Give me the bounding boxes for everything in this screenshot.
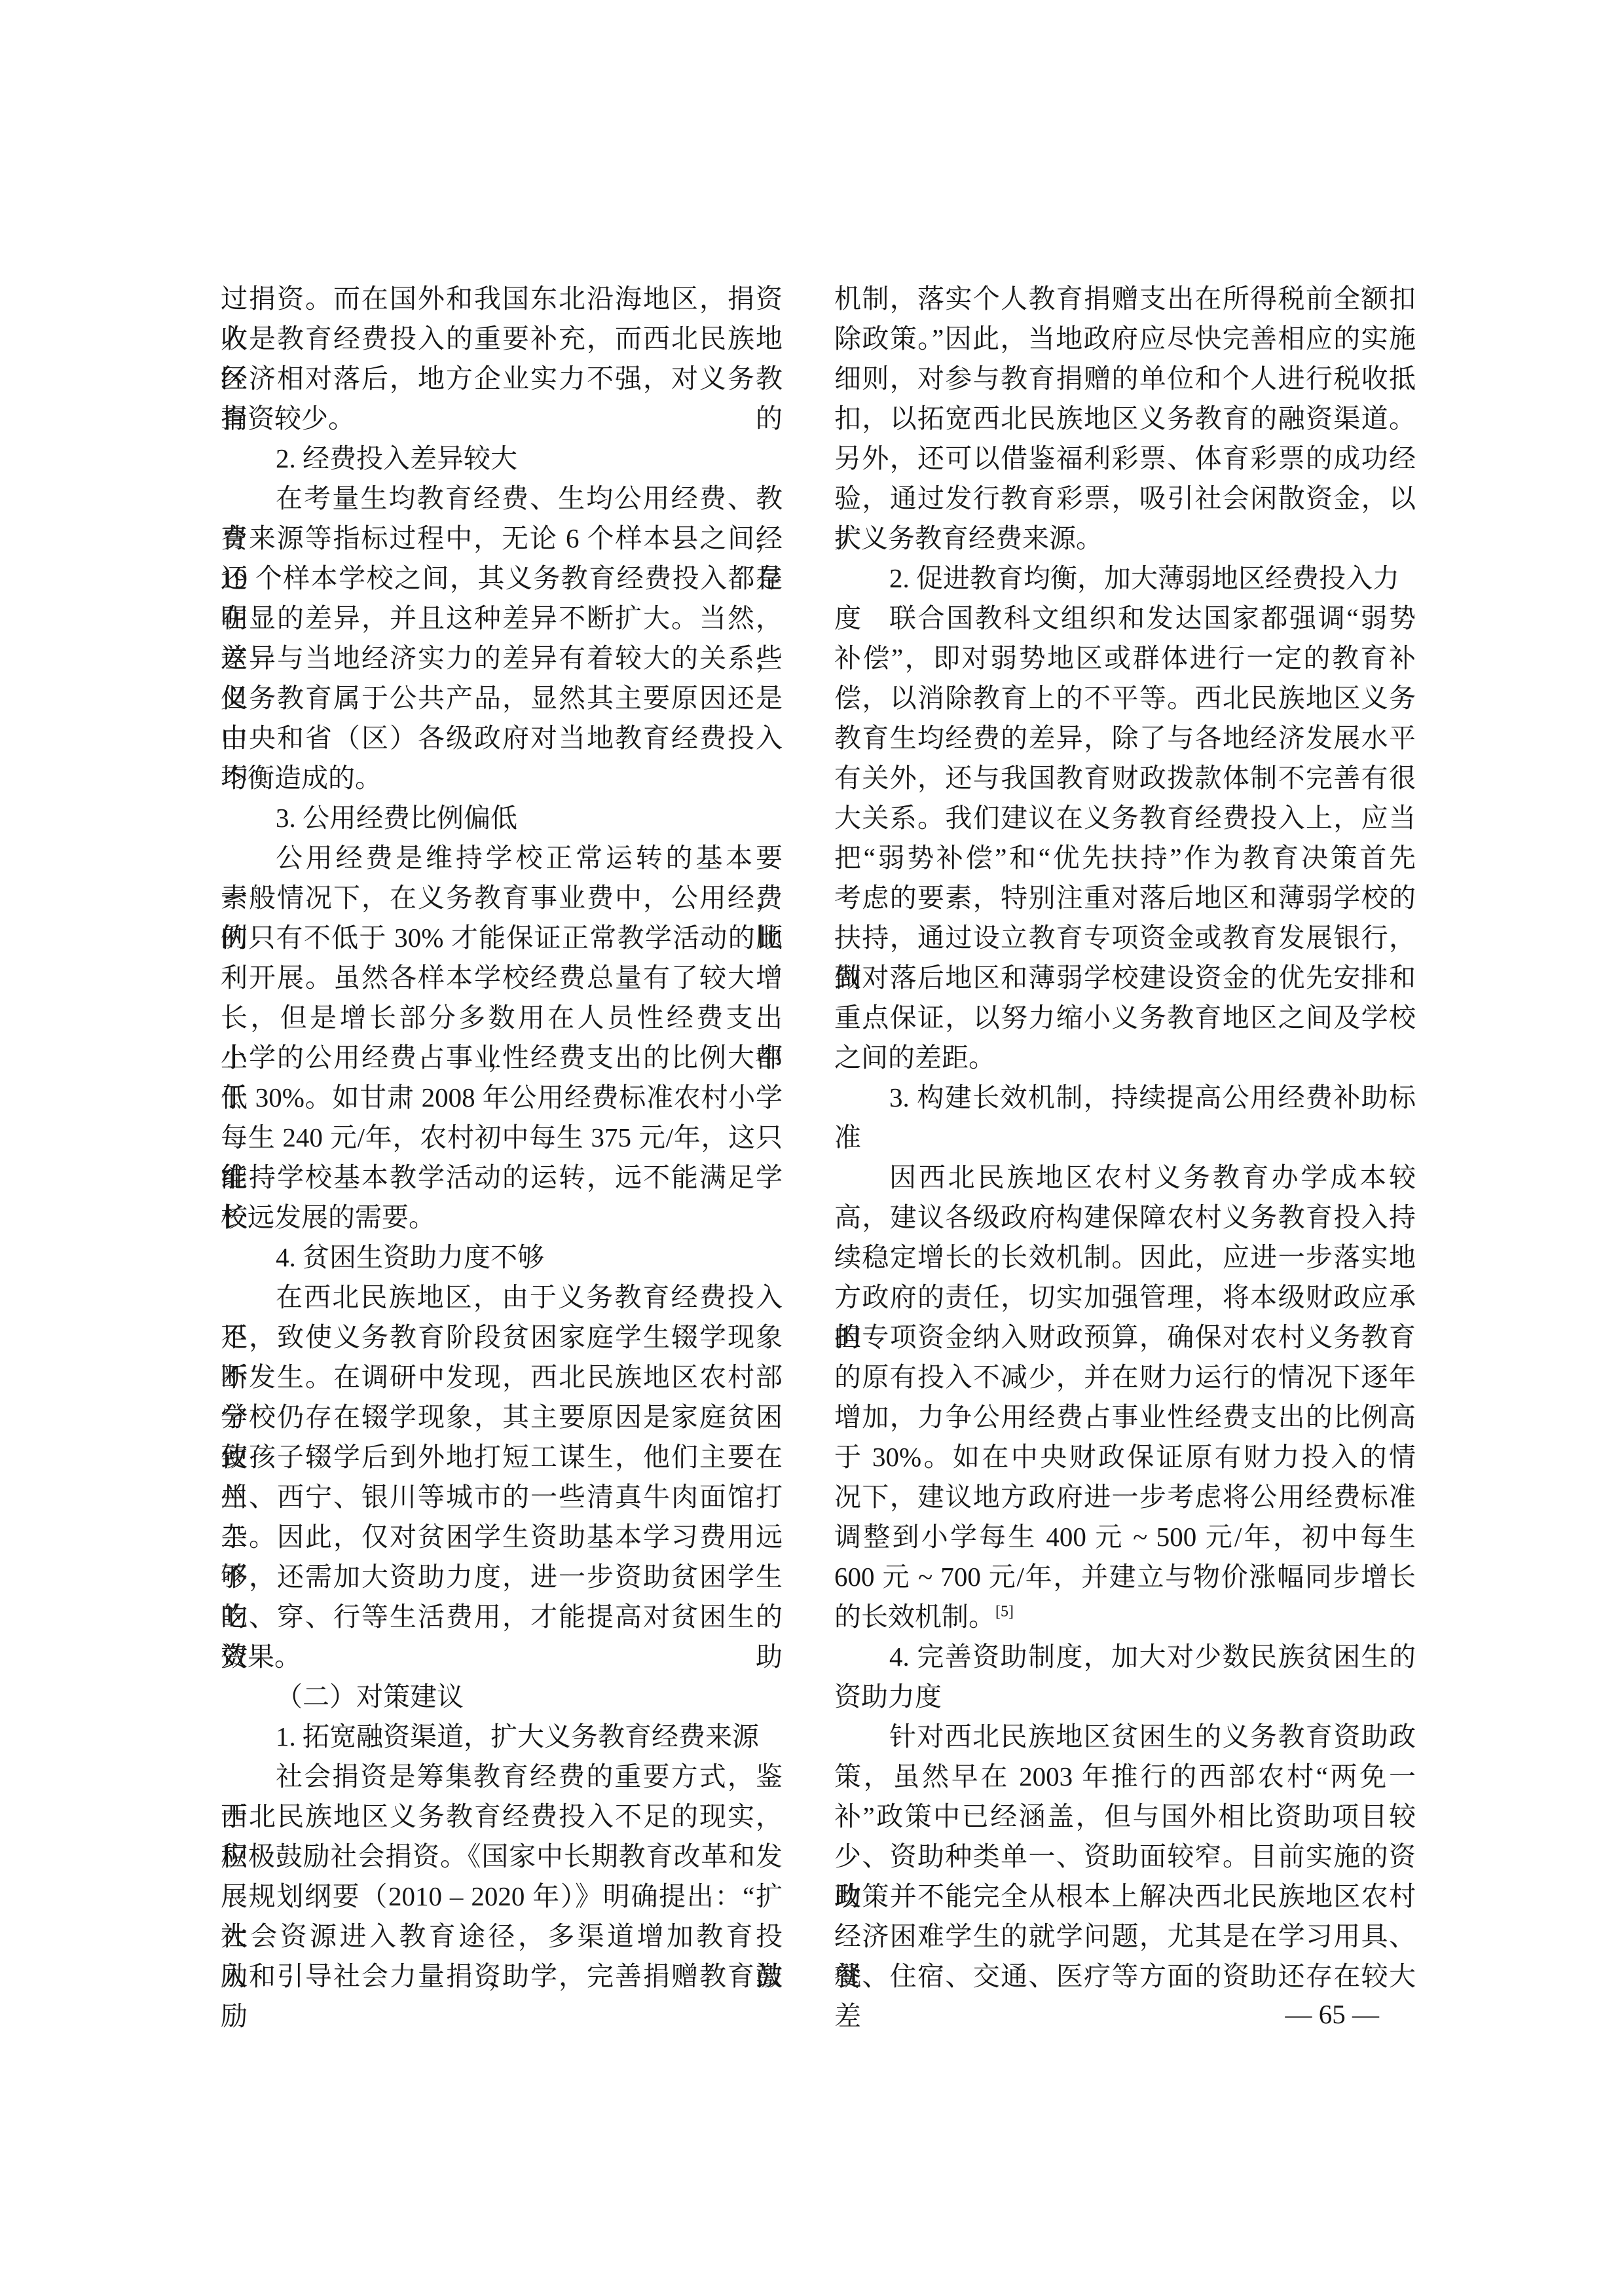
text-line: 社会捐资是筹集教育经费的重要方式，鉴于 — [221, 1757, 783, 1797]
text-line: 考虑的要素，特别注重对落后地区和薄弱学校的 — [834, 878, 1416, 918]
text-line: 少、资助种类单一、资助面较窄。目前实施的资助 — [834, 1837, 1416, 1877]
text-line: 况下，建议地方政府进一步考虑将公用经费标准 — [834, 1477, 1416, 1517]
text-line: 大关系。我们建议在义务教育经费投入上，应当 — [834, 798, 1416, 838]
text-line: 因西北民族地区农村义务教育办学成本较 — [834, 1158, 1416, 1198]
text-line: 足，致使义务教育阶段贫困家庭学生辍学现象不 — [221, 1317, 783, 1357]
text-line: 续稳定增长的长效机制。因此，应进一步落实地 — [834, 1238, 1416, 1277]
footnote-reference: [5] — [995, 1603, 1014, 1620]
text-line: 长远发展的需要。 — [221, 1198, 783, 1238]
text-line: 均衡造成的。 — [221, 758, 783, 798]
heading-line: 3. 构建长效机制，持续提高公用经费补助标 — [834, 1078, 1416, 1118]
text-line: 经济相对落后，地方企业实力不强，对义务教育的 — [221, 359, 783, 399]
text-line: 教育生均经费的差异，除了与各地经济发展水平 — [834, 718, 1416, 758]
right-column: 机制，落实个人教育捐赠支出在所得税前全额扣除政策。”因此，当地政府应尽快完善相应… — [834, 279, 1416, 1996]
heading-line: 4. 完善资助制度，加大对少数民族贫困生的 — [834, 1637, 1416, 1677]
heading-line: 准 — [834, 1118, 1416, 1158]
text-line: 扣，以拓宽西北民族地区义务教育的融资渠道。 — [834, 399, 1416, 439]
text-line: 补”政策中已经涵盖，但与国外相比资助项目较 — [834, 1797, 1416, 1837]
text-line: 把“弱势补偿”和“优先扶持”作为教育决策首先 — [834, 838, 1416, 878]
text-line: 偿，以消除教育上的不平等。西北民族地区义务 — [834, 678, 1416, 718]
text-line: 社会资源进入教育途径，多渠道增加教育投入，鼓 — [221, 1917, 783, 1956]
heading-line: 4. 贫困生资助力度不够 — [221, 1238, 783, 1277]
text-line: 增加，力争公用经费占事业性经费支出的比例高 — [834, 1397, 1416, 1437]
text-line: 励和引导社会力量捐资助学，完善捐赠教育激励 — [221, 1956, 783, 1996]
text-line: 工。因此，仅对贫困学生资助基本学习费用远不 — [221, 1517, 783, 1557]
heading-line: （二）对策建议 — [221, 1677, 783, 1717]
text-line: 展规划纲要（2010 – 2020 年）》明确提出：“扩大 — [221, 1877, 783, 1917]
text-line: 断发生。在调研中发现，西北民族地区农村部分 — [221, 1357, 783, 1397]
text-line: 于 30%。如在中央财政保证原有财力投入的情 — [834, 1437, 1416, 1477]
heading-line: 1. 拓宽融资渠道，扩大义务教育经费来源 — [221, 1717, 783, 1757]
text-line: 过捐资。而在国外和我国东北沿海地区，捐资收 — [221, 279, 783, 319]
text-line: 到对落后地区和薄弱学校建设资金的优先安排和 — [834, 958, 1416, 998]
text-line: 调整到小学每生 400 元 ~ 500 元/年，初中每生 — [834, 1517, 1416, 1557]
heading-line: 2. 经费投入差异较大 — [221, 439, 783, 479]
text-line: 细则，对参与教育捐赠的单位和个人进行税收抵 — [834, 359, 1416, 399]
text-line: 机制，落实个人教育捐赠支出在所得税前全额扣 — [834, 279, 1416, 319]
text-line: 针对西北民族地区贫困生的义务教育资助政 — [834, 1717, 1416, 1757]
text-line: 的长效机制。[5] — [834, 1597, 1416, 1637]
text-line: 于 30%。如甘肃 2008 年公用经费标准农村小学 — [221, 1078, 783, 1118]
text-line: 餐、住宿、交通、医疗等方面的资助还存在较大差 — [834, 1956, 1416, 1996]
text-line: 学校仍存在辍学现象，其主要原因是家庭贫困致 — [221, 1397, 783, 1437]
text-line: 的专项资金纳入财政预算，确保对农村义务教育 — [834, 1317, 1416, 1357]
text-line: 吃、穿、行等生活费用，才能提高对贫困生的资助 — [221, 1597, 783, 1637]
text-line: 另外，还可以借鉴福利彩票、体育彩票的成功经 — [834, 439, 1416, 479]
text-line: 验，通过发行教育彩票，吸引社会闲散资金，以扩 — [834, 479, 1416, 519]
text-line: 除政策。”因此，当地政府应尽快完善相应的实施 — [834, 319, 1416, 359]
text-line: 政策并不能完全从根本上解决西北民族地区农村 — [834, 1877, 1416, 1917]
text-line: 中央和省（区）各级政府对当地教育经费投入不 — [221, 718, 783, 758]
text-line: 有关外，还与我国教育财政拨款体制不完善有很 — [834, 758, 1416, 798]
text-line: 之间的差距。 — [834, 1038, 1416, 1078]
text-line: 策，虽然早在 2003 年推行的西部农村“两免一 — [834, 1757, 1416, 1797]
text-line: 600 元 ~ 700 元/年，并建立与物价涨幅同步增长 — [834, 1557, 1416, 1597]
text-line: 公用经费是维持学校正常运转的基本要素， — [221, 838, 783, 878]
text-line: 高，建议各级政府构建保障农村义务教育投入持 — [834, 1198, 1416, 1238]
text-line: 例只有不低于 30% 才能保证正常教学活动的顺 — [221, 918, 783, 958]
heading-line: 2. 促进教育均衡，加大薄弱地区经费投入力度 — [834, 559, 1416, 598]
text-line: 每生 240 元/年，农村初中每生 375 元/年，这只能 — [221, 1118, 783, 1158]
text-line: 长，但是增长部分多数用在人员性经费支出上，中 — [221, 998, 783, 1038]
text-line: 经济困难学生的就学问题，尤其是在学习用具、就 — [834, 1917, 1416, 1956]
text-line: 扶持，通过设立教育专项资金或教育发展银行，做 — [834, 918, 1416, 958]
text-line: 入是教育经费投入的重要补充，而西北民族地区 — [221, 319, 783, 359]
heading-line: 3. 公用经费比例偏低 — [221, 798, 783, 838]
heading-line: 资助力度 — [834, 1677, 1416, 1717]
text-line: 补偿”，即对弱势地区或群体进行一定的教育补 — [834, 638, 1416, 678]
text-line: 明显的差异，并且这种差异不断扩大。当然，这些 — [221, 598, 783, 638]
text-line: 够，还需加大资助力度，进一步资助贫困学生的 — [221, 1557, 783, 1597]
text-line: 费来源等指标过程中，无论 6 个样本县之间，还是 — [221, 519, 783, 559]
text-line: 维持学校基本教学活动的运转，远不能满足学校 — [221, 1158, 783, 1198]
text-line: 联合国教科文组织和发达国家都强调“弱势 — [834, 598, 1416, 638]
text-line: 在西北民族地区，由于义务教育经费投入不 — [221, 1277, 783, 1317]
text-line: 义务教育属于公共产品，显然其主要原因还是由 — [221, 678, 783, 718]
text-line: 19 个样本学校之间，其义务教育经费投入都存在 — [221, 559, 783, 598]
text-line: 小学的公用经费占事业性经费支出的比例大都低 — [221, 1038, 783, 1078]
text-line: 差异与当地经济实力的差异有着较大的关系，但 — [221, 638, 783, 678]
text-line: 西北民族地区义务教育经费投入不足的现实，应 — [221, 1797, 783, 1837]
journal-page: 过捐资。而在国外和我国东北沿海地区，捐资收入是教育经费投入的重要补充，而西北民族… — [0, 0, 1624, 2295]
text-line: 州、西宁、银川等城市的一些清真牛肉面馆打杂 — [221, 1477, 783, 1517]
page-number: — 65 — — [834, 1994, 1416, 2034]
text-line: 积极鼓励社会捐资。《国家中长期教育改革和发 — [221, 1837, 783, 1877]
text-line: 大义务教育经费来源。 — [834, 519, 1416, 559]
text-line: 的原有投入不减少，并在财力运行的情况下逐年 — [834, 1357, 1416, 1397]
text-line: 在考量生均教育经费、生均公用经费、教育经 — [221, 479, 783, 519]
left-column: 过捐资。而在国外和我国东北沿海地区，捐资收入是教育经费投入的重要补充，而西北民族… — [221, 279, 783, 1996]
text-line: 利开展。虽然各样本学校经费总量有了较大增 — [221, 958, 783, 998]
text-line: 一般情况下，在义务教育事业费中，公用经费的比 — [221, 878, 783, 918]
text-line: 方政府的责任，切实加强管理，将本级财政应承担 — [834, 1277, 1416, 1317]
text-line: 使孩子辍学后到外地打短工谋生，他们主要在兰 — [221, 1437, 783, 1477]
text-line: 重点保证，以努力缩小义务教育地区之间及学校 — [834, 998, 1416, 1038]
